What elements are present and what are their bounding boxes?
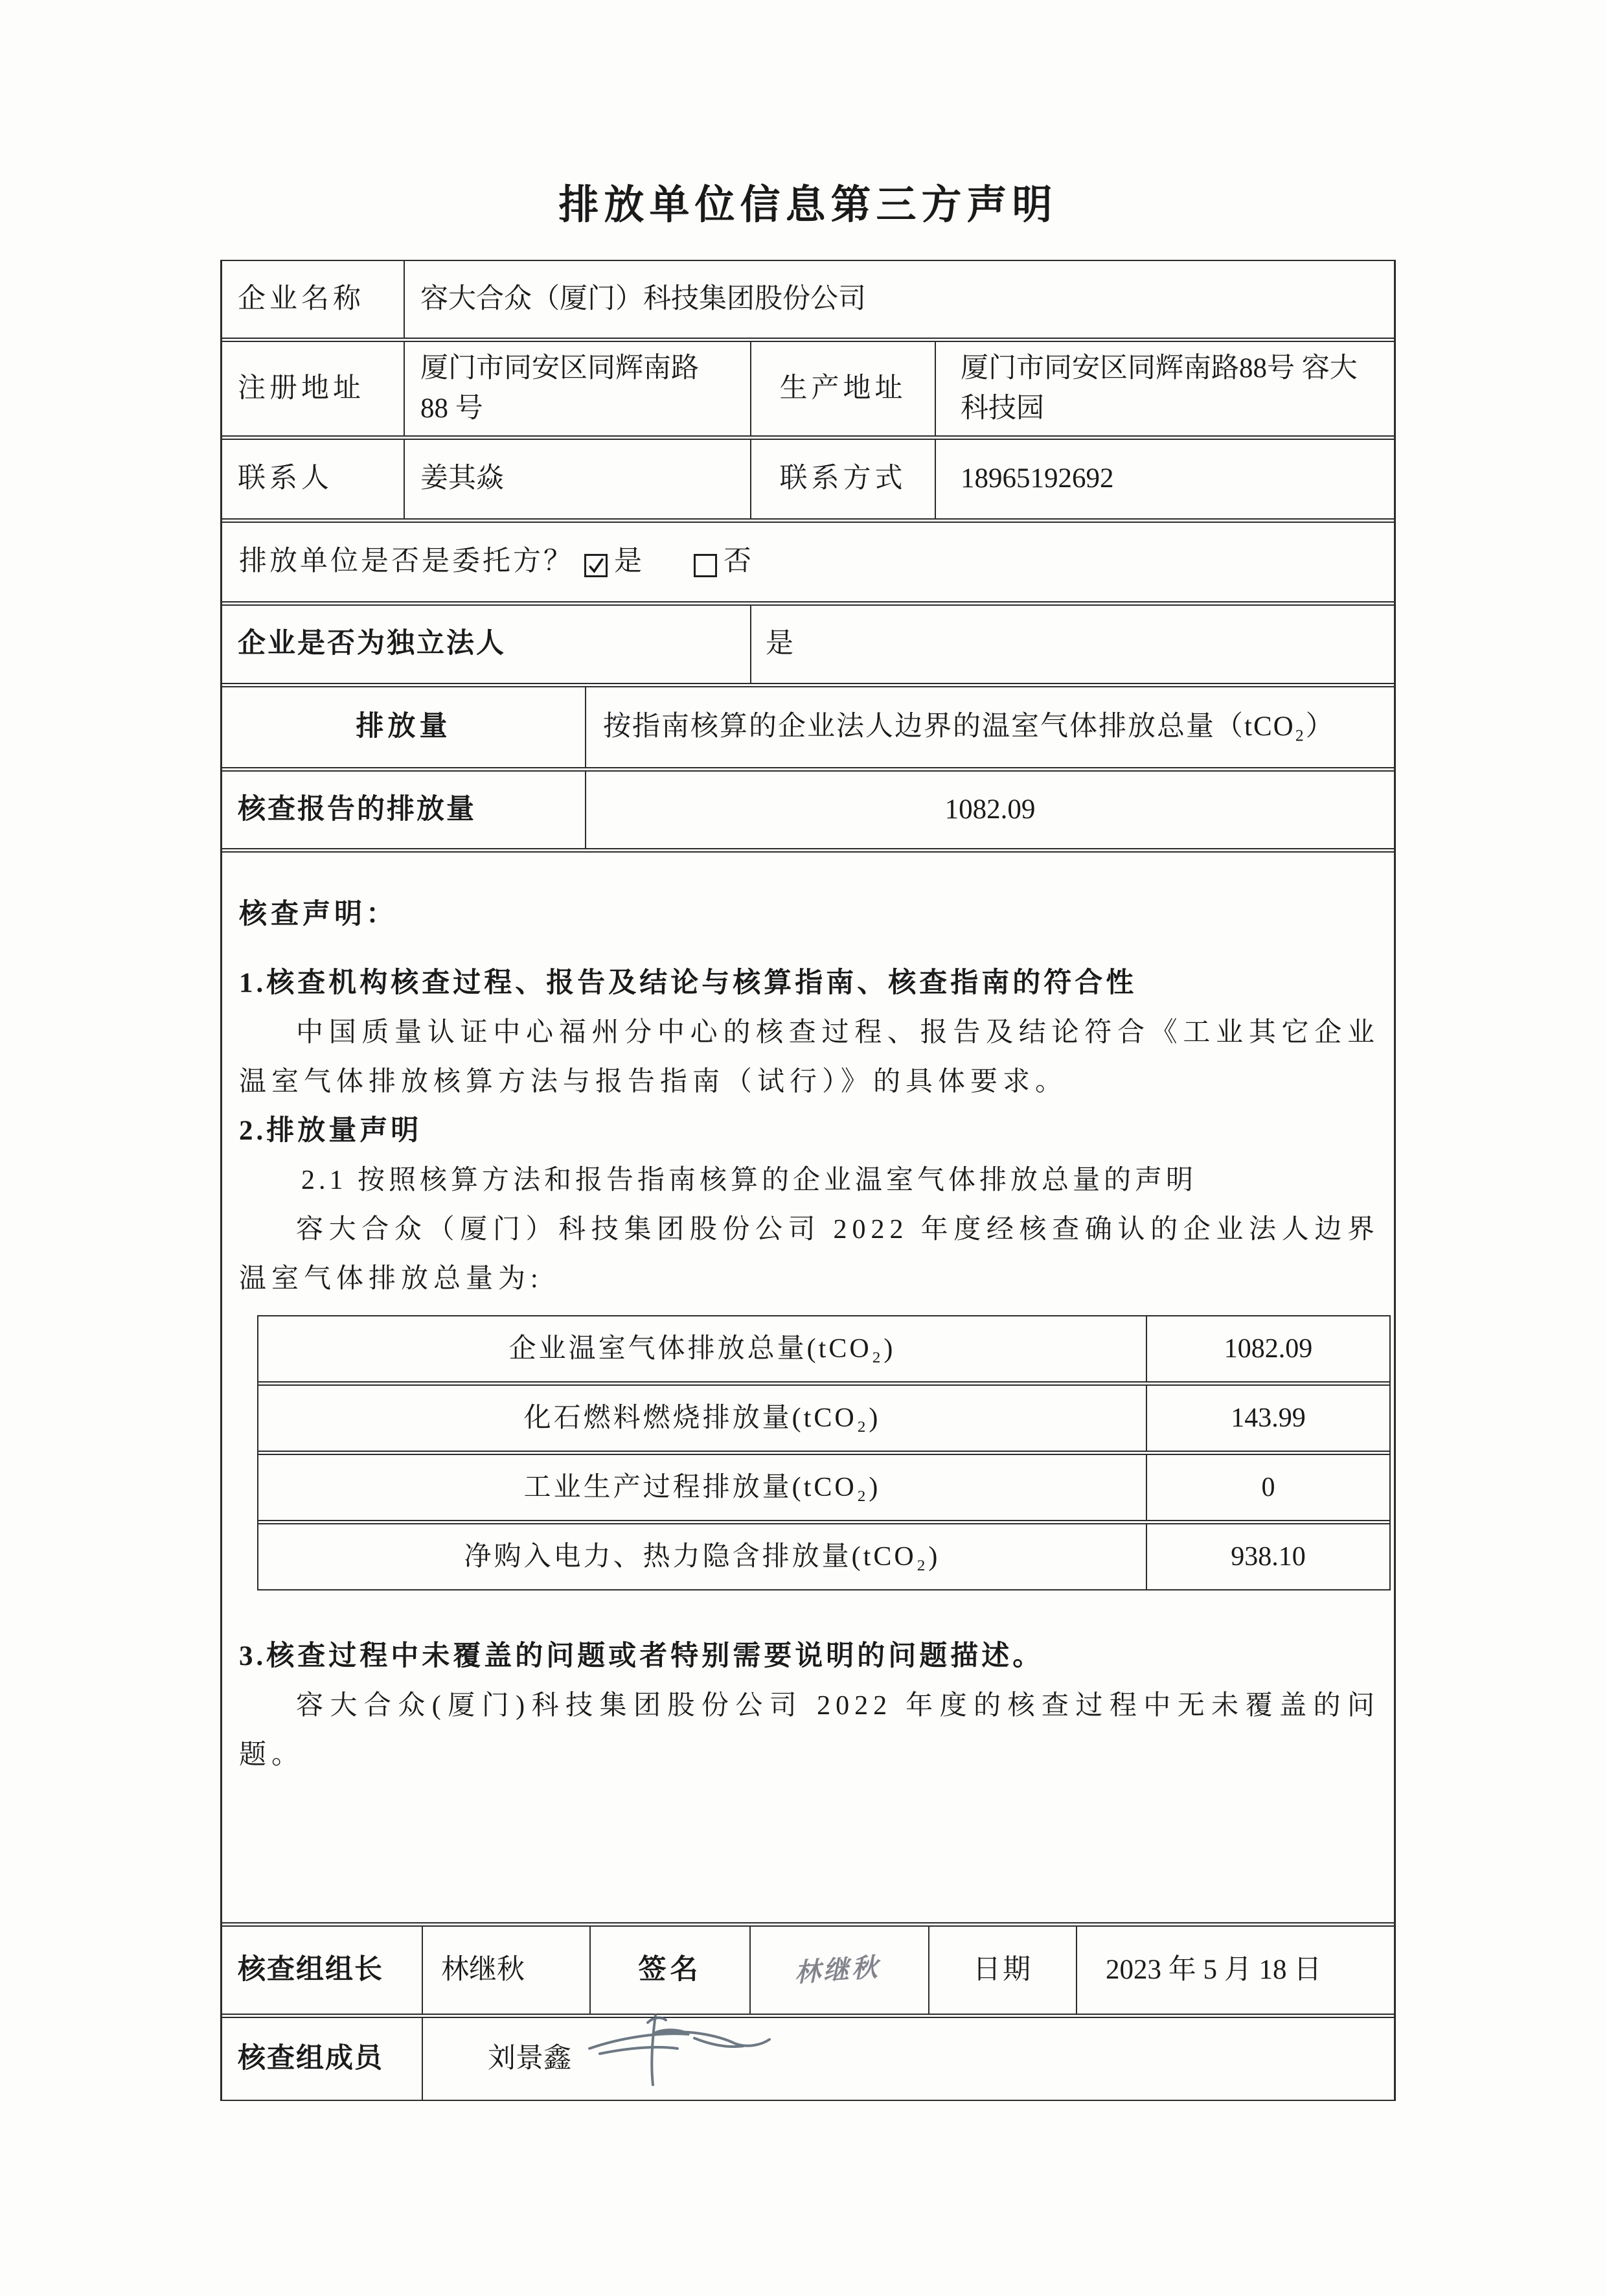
- leader-signature-text: 林继秋: [793, 1948, 886, 1992]
- independent-entity-row: 企业是否为独立法人 是: [222, 604, 1394, 684]
- contact-value: 姜其焱: [404, 440, 750, 518]
- emission-row-value: 0: [1146, 1455, 1389, 1520]
- document-title: 排放单位信息第三方声明: [220, 0, 1396, 230]
- emission-label: 排放量: [222, 687, 585, 767]
- emission-row-label: 工业生产过程排放量(tCO₂): [258, 1455, 1146, 1520]
- company-name-row: 企业名称 容大合众（厦门）科技集团股份公司: [222, 260, 1394, 339]
- company-name-label: 企业名称: [222, 261, 404, 338]
- company-name-value: 容大合众（厦门）科技集团股份公司: [404, 261, 1394, 338]
- scanned-declaration-page: 排放单位信息第三方声明 企业名称 容大合众（厦门）科技集团股份公司 注册地址 厦…: [0, 0, 1607, 2296]
- delegate-no-checkbox[interactable]: [694, 554, 717, 577]
- section1-body: 中国质量认证中心福州分中心的核查过程、报告及结论符合《工业其它企业温室气体排放核…: [239, 1008, 1380, 1107]
- delegate-no-label: 否: [724, 542, 751, 582]
- table-row: 企业温室气体排放总量(tCO₂) 1082.09: [258, 1315, 1389, 1383]
- verified-emission-label: 核查报告的排放量: [222, 772, 585, 848]
- contact-method-value: 18965192692: [935, 440, 1394, 518]
- leader-name: 林继秋: [422, 1927, 589, 2014]
- section3-body: 容大合众(厦门)科技集团股份公司 2022 年度的核查过程中无未覆盖的问题。: [239, 1681, 1380, 1780]
- independent-entity-value: 是: [750, 606, 1394, 683]
- member-name: 刘景鑫: [488, 2039, 571, 2079]
- statement-heading: 核查声明：: [239, 890, 1380, 939]
- section2-subtitle: 2.1 按照核算方法和报告指南核算的企业温室气体排放总量的声明: [239, 1156, 1380, 1205]
- address-row: 注册地址 厦门市同安区同辉南路 88 号 生产地址 厦门市同安区同辉南路88号 …: [222, 341, 1394, 437]
- sign-label: 签名: [589, 1927, 749, 2014]
- emission-row-label: 净购入电力、热力隐含排放量(tCO₂): [258, 1524, 1146, 1589]
- section3-title: 3.核查过程中未覆盖的问题或者特别需要说明的问题描述。: [239, 1632, 1380, 1681]
- table-row: 净购入电力、热力隐含排放量(tCO₂) 938.10: [258, 1523, 1389, 1590]
- leader-signature-row: 核查组组长 林继秋 签名 林继秋 日期 2023 年 5 月 18 日: [222, 1925, 1394, 2015]
- member-signature-row: 核查组成员 刘景鑫: [222, 2017, 1394, 2101]
- delegate-yes-label: 是: [614, 542, 642, 582]
- section2-title: 2.排放量声明: [239, 1107, 1380, 1156]
- production-address-value: 厦门市同安区同辉南路88号 容大科技园: [935, 342, 1394, 435]
- verified-emission-value: 1082.09: [585, 772, 1394, 848]
- date-value: 2023 年 5 月 18 日: [1076, 1927, 1394, 2014]
- emission-row-value: 938.10: [1146, 1524, 1389, 1589]
- emission-data-table: 企业温室气体排放总量(tCO₂) 1082.09 化石燃料燃烧排放量(tCO₂)…: [257, 1315, 1391, 1590]
- member-label: 核查组成员: [222, 2018, 422, 2100]
- leader-handwritten-signature: 林继秋: [749, 1927, 928, 2014]
- emission-row-value: 1082.09: [1146, 1316, 1389, 1381]
- leader-label: 核查组组长: [222, 1927, 422, 2014]
- section2-body: 容大合众（厦门）科技集团股份公司 2022 年度经核查确认的企业法人边界温室气体…: [239, 1205, 1380, 1303]
- contact-row: 联系人 姜其焱 联系方式 18965192692: [222, 439, 1394, 520]
- statement-cell: 核查声明： 1.核查机构核查过程、报告及结论与核算指南、核查指南的符合性 中国质…: [222, 853, 1394, 1922]
- emission-definition-row: 排放量 按指南核算的企业法人边界的温室气体排放总量（tCO₂）: [222, 686, 1394, 768]
- delegate-yes-checkbox[interactable]: [584, 554, 608, 577]
- delegate-question-text: 排放单位是否是委托方？: [239, 542, 574, 582]
- checkmark-icon: [586, 555, 606, 577]
- delegate-question-row: 排放单位是否是委托方？ 是 否: [222, 522, 1394, 603]
- table-row: 工业生产过程排放量(tCO₂) 0: [258, 1454, 1389, 1521]
- table-row: 化石燃料燃烧排放量(tCO₂) 143.99: [258, 1384, 1389, 1452]
- date-label: 日期: [928, 1927, 1076, 2014]
- emission-definition-value: 按指南核算的企业法人边界的温室气体排放总量（tCO₂）: [585, 687, 1394, 767]
- member-cell: 刘景鑫: [422, 2018, 1394, 2100]
- statement-row: 核查声明： 1.核查机构核查过程、报告及结论与核算指南、核查指南的符合性 中国质…: [222, 851, 1394, 1923]
- section1-title: 1.核查机构核查过程、报告及结论与核算指南、核查指南的符合性: [239, 959, 1380, 1008]
- independent-entity-label: 企业是否为独立法人: [222, 606, 750, 683]
- production-address-label: 生产地址: [750, 342, 935, 435]
- declaration-table: 企业名称 容大合众（厦门）科技集团股份公司 注册地址 厦门市同安区同辉南路 88…: [220, 260, 1396, 2101]
- registered-address-label: 注册地址: [222, 342, 404, 435]
- member-signature-scribble: [580, 2006, 775, 2090]
- emission-row-label: 企业温室气体排放总量(tCO₂): [258, 1316, 1146, 1381]
- emission-row-label: 化石燃料燃烧排放量(tCO₂): [258, 1386, 1146, 1451]
- registered-address-value: 厦门市同安区同辉南路 88 号: [404, 342, 750, 435]
- emission-row-value: 143.99: [1146, 1386, 1389, 1451]
- contact-method-label: 联系方式: [750, 440, 935, 518]
- verified-emission-row: 核查报告的排放量 1082.09: [222, 770, 1394, 849]
- contact-label: 联系人: [222, 440, 404, 518]
